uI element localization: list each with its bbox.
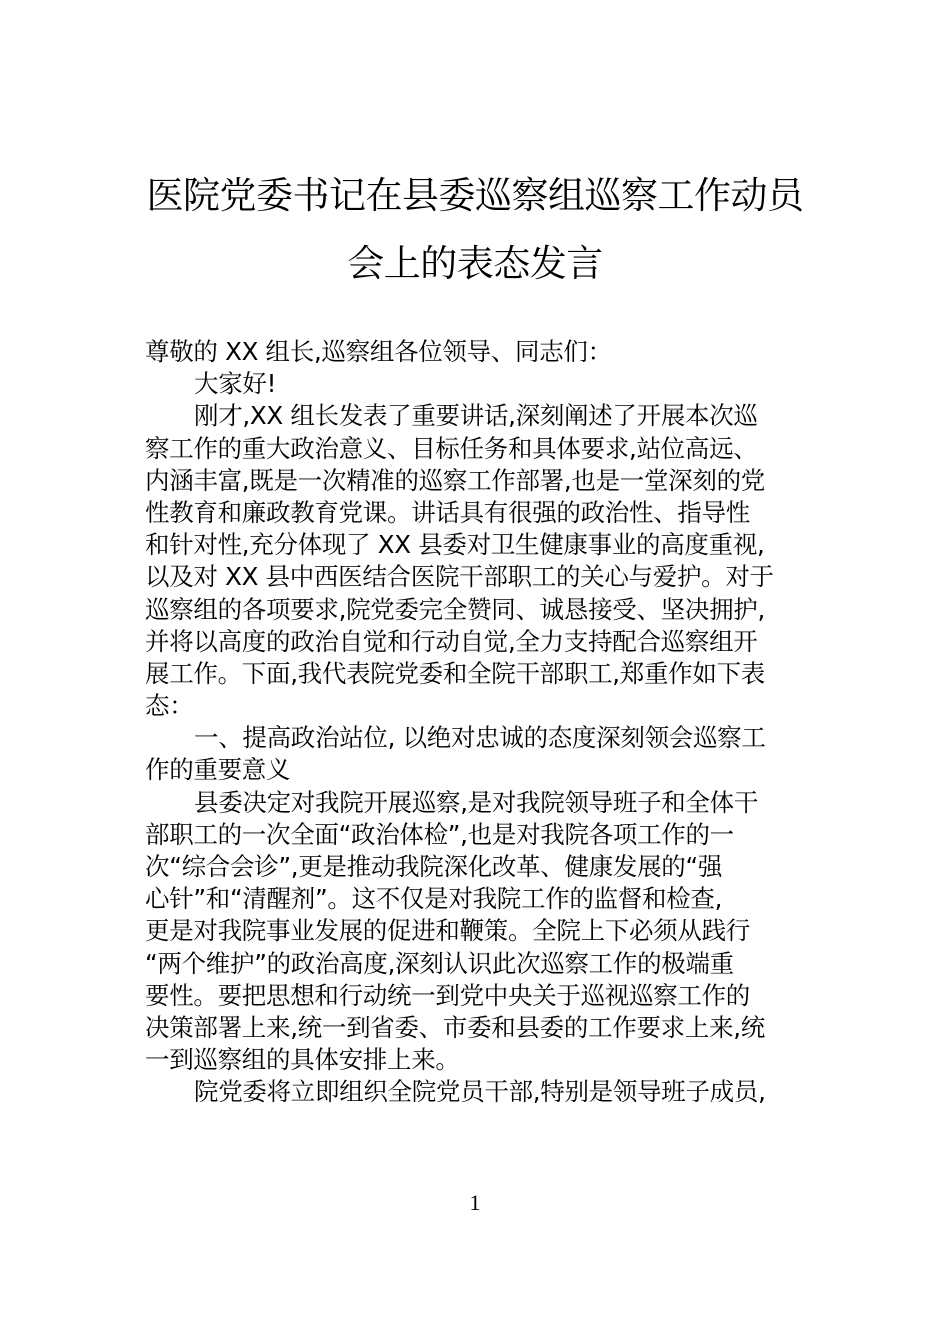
body-text-line: 院党委将立即组织全院党员干部,特别是领导班子成员, (145, 1076, 810, 1108)
body-text-line: 尊敬的 XX 组长,巡察组各位领导、同志们： (145, 336, 810, 368)
body-text-line: 展工作。下面,我代表院党委和全院干部职工,郑重作如下表 (145, 658, 810, 690)
body-text-line: 更是对我院事业发展的促进和鞭策。全院上下必须从践行 (145, 915, 810, 947)
body-text-line: 大家好! (145, 368, 810, 400)
body-text-line: 要性。要把思想和行动统一到党中央关于巡视巡察工作的 (145, 980, 810, 1012)
body-text-line: 内涵丰富,既是一次精准的巡察工作部署,也是一堂深刻的党 (145, 465, 810, 497)
body-text-line: 一到巡察组的具体安排上来。 (145, 1044, 810, 1076)
body-text-line: 察工作的重大政治意义、目标任务和具体要求,站位高远、 (145, 433, 810, 465)
body-text-line: 态： (145, 690, 810, 722)
page-number: 1 (0, 1188, 950, 1218)
body-text-line: “两个维护”的政治高度,深刻认识此次巡察工作的极端重 (145, 948, 810, 980)
document-body: 尊敬的 XX 组长,巡察组各位领导、同志们：大家好!刚才,XX 组长发表了重要讲… (145, 336, 810, 1109)
body-text-line: 以及对 XX 县中西医结合医院干部职工的关心与爱护。对于 (145, 561, 810, 593)
document-title-line-2: 会上的表态发言 (0, 242, 950, 286)
body-text-line: 作的重要意义 (145, 754, 810, 786)
body-text-line: 县委决定对我院开展巡察,是对我院领导班子和全体干 (145, 787, 810, 819)
body-text-line: 并将以高度的政治自觉和行动自觉,全力支持配合巡察组开 (145, 626, 810, 658)
body-text-line: 刚才,XX 组长发表了重要讲话,深刻阐述了开展本次巡 (145, 400, 810, 432)
body-text-line: 次“综合会诊”,更是推动我院深化改革、健康发展的“强 (145, 851, 810, 883)
body-text-line: 一、提高政治站位, 以绝对忠诚的态度深刻领会巡察工 (145, 722, 810, 754)
document-title-line-1: 医院党委书记在县委巡察组巡察工作动员 (0, 174, 950, 218)
body-text-line: 性教育和廉政教育党课。讲话具有很强的政治性、指导性 (145, 497, 810, 529)
body-text-line: 决策部署上来,统一到省委、市委和县委的工作要求上来,统 (145, 1012, 810, 1044)
body-text-line: 和针对性,充分体现了 XX 县委对卫生健康事业的高度重视, (145, 529, 810, 561)
body-text-line: 巡察组的各项要求,院党委完全赞同、诚恳接受、坚决拥护, (145, 594, 810, 626)
body-text-line: 部职工的一次全面“政治体检”,也是对我院各项工作的一 (145, 819, 810, 851)
document-page: 医院党委书记在县委巡察组巡察工作动员 会上的表态发言 尊敬的 XX 组长,巡察组… (0, 0, 950, 1344)
body-text-line: 心针”和“清醒剂”。这不仅是对我院工作的监督和检查, (145, 883, 810, 915)
